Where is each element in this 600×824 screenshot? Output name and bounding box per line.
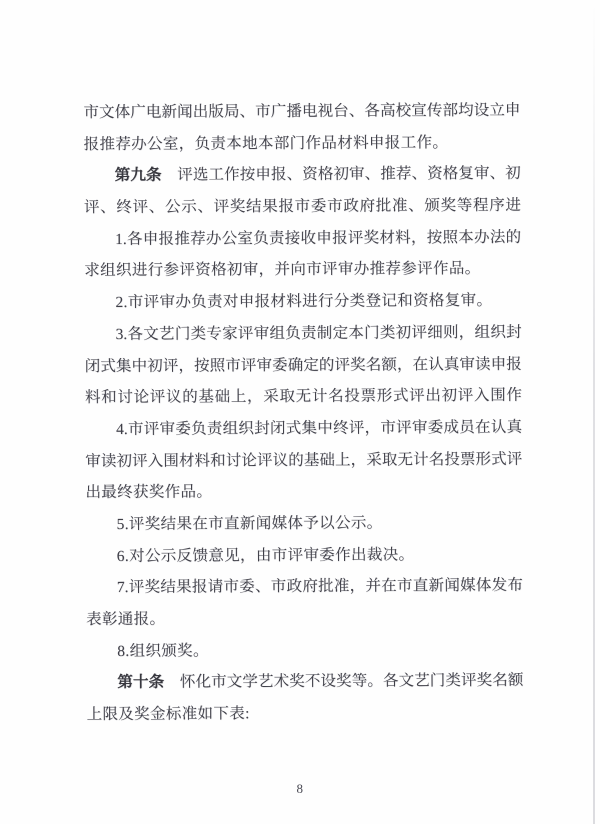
page-number: 8 [0, 781, 600, 797]
text-line: 3.各文艺门类专家评审组负责制定本门类初评细则，组织封 [85, 317, 522, 351]
document-body: 市文体广电新闻出版局、市广播电视台、各高校宣传部均设立申报推荐办公室，负责本地本… [83, 95, 523, 731]
text-line: 2.市评审办负责对申报材料进行分类登记和资格复审。 [84, 285, 521, 319]
text-line: 5.评奖结果在市直新闻媒体予以公示。 [86, 507, 523, 541]
text-line: 7.评奖结果报请市委、市政府批准，并在市直新闻媒体发布 [86, 570, 523, 604]
text-line: 报推荐办公室，负责本地本部门作品材料申报工作。 [84, 127, 521, 161]
text-line: 料和讨论评议的基础上，采取无计名投票形式评出初评入围作品。 [85, 380, 522, 414]
text-line: 评、终评、公示、评奖结果报市委市政府批准、颁奖等程序进行。 [84, 190, 521, 224]
scan-edge-artifact [593, 0, 595, 824]
text-line: 上限及奖金标准如下表: [86, 697, 523, 731]
clause-heading: 第九条 [115, 167, 162, 184]
text-line: 6.对公示反馈意见，由市评审委作出裁决。 [86, 538, 523, 572]
text-line: 4.市评审委负责组织封闭式集中终评，市评审委成员在认真 [85, 412, 522, 446]
text-line: 8.组织颁奖。 [86, 634, 523, 668]
text-line: 审读初评入围材料和讨论评议的基础上，采取无计名投票形式评 [85, 443, 522, 477]
text-line: 求组织进行参评资格初审，并向市评审办推荐参评作品。 [84, 253, 521, 287]
text-line: 1.各申报推荐办公室负责接收申报评奖材料，按照本办法的要 [84, 222, 521, 256]
text-line: 出最终获奖作品。 [85, 475, 522, 509]
text-line: 闭式集中初评，按照市评审委确定的评奖名额，在认真审读申报材 [85, 348, 522, 382]
scanned-document-page: 市文体广电新闻出版局、市广播电视台、各高校宣传部均设立申报推荐办公室，负责本地本… [0, 0, 600, 824]
clause-line: 第十条 怀化市文学艺术奖不设奖等。各文艺门类评奖名额 [86, 665, 523, 699]
text-line: 市文体广电新闻出版局、市广播电视台、各高校宣传部均设立申 [83, 95, 520, 129]
clause-line: 第九条 评选工作按申报、资格初审、推荐、资格复审、初 [84, 158, 521, 192]
clause-heading: 第十条 [117, 674, 164, 691]
text-line: 表彰通报。 [86, 602, 523, 636]
